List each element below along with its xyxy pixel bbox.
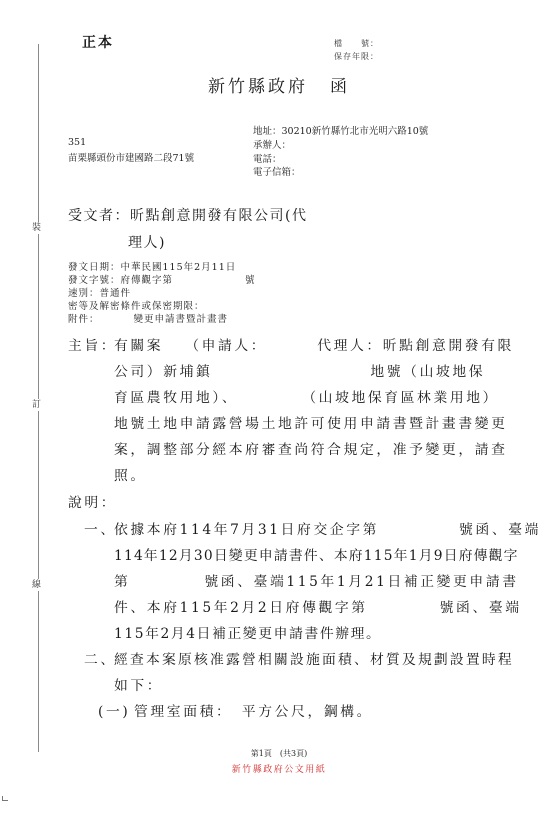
receiver-line-2: 理人) <box>128 232 166 252</box>
explanation-item-1-marker: 一、 <box>84 518 117 538</box>
phone-label: 電話： <box>253 151 282 165</box>
explanation-text: 第 <box>114 574 130 590</box>
sub-item-1-text: 管理室面積： 平方公尺，鋼構。 <box>134 700 373 720</box>
subject-line-5: 案，調整部分經本府審查尚符合規定，准予變更，請查 <box>114 438 508 458</box>
binding-mark-zhuang: 裝 <box>32 222 41 234</box>
explanation-item-1-line-3: 第號函、臺端115年1月21日補正變更申請書 <box>114 570 519 590</box>
explanation-text: 件、本府115年2月2日府傳觀字第 <box>114 600 368 616</box>
confidentiality: 密等及解密條件或保密期限： <box>68 298 205 312</box>
binding-line <box>38 44 39 752</box>
subject-text: （申請人： <box>185 338 267 354</box>
document-number-suffix: 號 <box>245 275 256 286</box>
subject-line-6: 照。 <box>114 464 147 484</box>
explanation-text: 號函、臺端 <box>459 522 541 538</box>
explanation-text: 號函、臺端 <box>440 600 522 616</box>
subject-line-4: 地號土地申請露營場土地許可使用申請書暨計畫書變更 <box>114 412 508 432</box>
page-number: 第1頁 (共3頁) <box>0 748 558 759</box>
explanation-item-2-marker: 二、 <box>84 648 117 668</box>
document-type: 函 <box>330 77 350 97</box>
explanation-item-1-line-4: 件、本府115年2月2日府傳觀字第號函、臺端 <box>114 596 522 616</box>
email-label: 電子信箱： <box>253 164 301 178</box>
scan-corner-mark <box>2 796 8 801</box>
receiver-line-1: 受文者：昕點創意開發有限公司(代 <box>68 205 307 225</box>
subject-text: 育區農牧用地）、 <box>114 390 238 406</box>
explanation-text: 號函、臺端115年1月21日補正變更申請書 <box>204 574 518 590</box>
subject-text: 有關案 <box>114 338 163 354</box>
subject-line-1: 有關案（申請人：代理人：昕點創意開發有限 <box>114 334 514 354</box>
issue-date: 發文日期：中華民國115年2月11日 <box>68 259 236 273</box>
subject-text: 公司）新埔鎮 <box>114 364 212 380</box>
subject-text: （山坡地保育區林業用地） <box>302 390 499 406</box>
retention-period-label: 保存年限： <box>334 51 379 62</box>
sub-item-1-marker: (一) <box>98 700 130 720</box>
subject-label: 主旨： <box>68 334 117 354</box>
agency-name: 新竹縣政府 <box>208 77 308 97</box>
subject-text: 代理人：昕點創意開發有限 <box>317 338 514 354</box>
recipient-postal-code: 351 <box>68 137 86 148</box>
explanation-item-1-line-5: 115年2月4日補正變更申請書件辦理。 <box>114 622 381 642</box>
subject-line-2: 公司）新埔鎮地號（山坡地保 <box>114 360 485 380</box>
attachment-label: 附件： <box>68 314 100 325</box>
document-number: 發文字號：府傳觀字第號 <box>68 272 256 286</box>
binding-mark-ding: 訂 <box>32 399 41 411</box>
file-number-label: 檔 號： <box>334 38 379 49</box>
document-title: 新竹縣政府函 <box>0 72 558 97</box>
attachment-value: 變更申請書暨計畫書 <box>134 314 229 325</box>
binding-mark-xian: 線 <box>32 579 41 591</box>
subject-text: 地號（山坡地保 <box>370 364 485 380</box>
explanation-item-2-line-1: 經查本案原核准露營相關設施面積、材質及規劃設置時程 <box>114 648 514 668</box>
explanation-label: 說明： <box>68 491 117 511</box>
attachment: 附件：變更申請書暨計畫書 <box>68 311 228 325</box>
sender-address: 地址：30210新竹縣竹北市光明六路10號 <box>253 123 428 137</box>
handler-label: 承辦人： <box>253 137 291 151</box>
explanation-item-1-line-2: 114年12月30日變更申請書件、本府115年1月9日府傳觀字 <box>114 544 519 564</box>
explanation-item-2-line-2: 如下： <box>114 674 163 694</box>
explanation-item-1-line-1: 依據本府114年7月31日府交企字第號函、臺端 <box>114 518 541 538</box>
explanation-text: 依據本府114年7月31日府交企字第 <box>114 522 379 538</box>
speed-category: 速別：普通件 <box>68 285 131 299</box>
copy-type-label: 正本 <box>82 32 114 52</box>
official-paper-label: 新竹縣政府公文用紙 <box>0 762 558 775</box>
subject-line-3: 育區農牧用地）、（山坡地保育區林業用地） <box>114 386 499 406</box>
recipient-address: 苗栗縣頭份市建國路二段71號 <box>68 150 194 164</box>
